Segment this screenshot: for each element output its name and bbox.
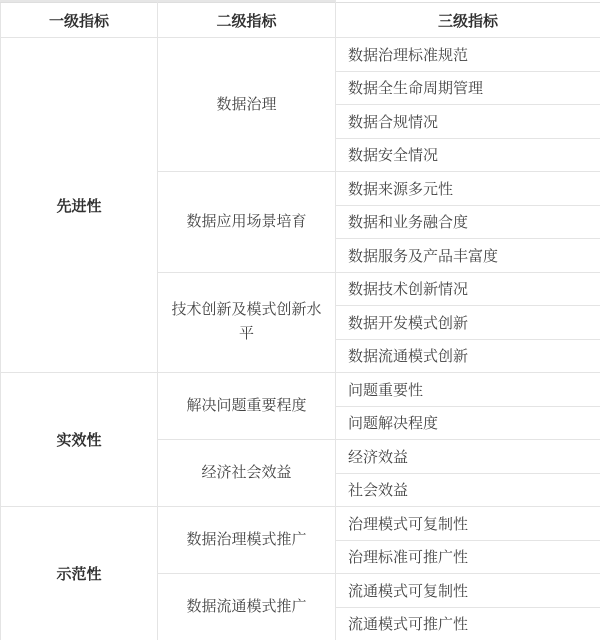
- level3-indicator-cell: 数据服务及产品丰富度: [336, 239, 600, 273]
- level3-indicator-cell: 流通模式可推广性: [336, 607, 600, 640]
- level3-indicator-cell: 治理模式可复制性: [336, 507, 600, 541]
- level2-indicator-cell: 数据治理: [158, 38, 336, 172]
- column-header-level3: 三级指标: [336, 3, 600, 38]
- page: 一级指标 二级指标 三级指标 先进性数据治理数据治理标准规范数据全生命周期管理数…: [0, 0, 600, 640]
- level3-indicator-cell: 问题重要性: [336, 373, 600, 407]
- level3-indicator-cell: 数据流通模式创新: [336, 339, 600, 373]
- level1-indicator-cell: 先进性: [1, 38, 158, 373]
- level3-indicator-cell: 流通模式可复制性: [336, 574, 600, 608]
- level3-indicator-cell: 数据合规情况: [336, 105, 600, 139]
- level3-indicator-cell: 数据开发模式创新: [336, 306, 600, 340]
- level2-indicator-cell: 经济社会效益: [158, 440, 336, 507]
- level3-indicator-cell: 数据安全情况: [336, 138, 600, 172]
- level3-indicator-cell: 问题解决程度: [336, 406, 600, 440]
- level1-indicator-cell: 实效性: [1, 373, 158, 507]
- level3-indicator-cell: 数据和业务融合度: [336, 205, 600, 239]
- table-row: 先进性数据治理数据治理标准规范: [1, 38, 600, 72]
- level2-indicator-cell: 技术创新及模式创新水平: [158, 272, 336, 373]
- bottom-border-stub: [157, 636, 158, 640]
- level3-indicator-cell: 数据技术创新情况: [336, 272, 600, 306]
- level3-indicator-cell: 社会效益: [336, 473, 600, 507]
- indicator-table: 一级指标 二级指标 三级指标 先进性数据治理数据治理标准规范数据全生命周期管理数…: [0, 2, 600, 640]
- column-header-level2: 二级指标: [158, 3, 336, 38]
- level2-indicator-cell: 解决问题重要程度: [158, 373, 336, 440]
- table-header-row: 一级指标 二级指标 三级指标: [1, 3, 600, 38]
- level2-indicator-cell: 数据流通模式推广: [158, 574, 336, 640]
- column-header-level1: 一级指标: [1, 3, 158, 38]
- bottom-border-stub: [335, 636, 336, 640]
- level3-indicator-cell: 治理标准可推广性: [336, 540, 600, 574]
- level3-indicator-cell: 数据全生命周期管理: [336, 71, 600, 105]
- indicator-table-body: 先进性数据治理数据治理标准规范数据全生命周期管理数据合规情况数据安全情况数据应用…: [1, 38, 600, 640]
- level2-indicator-cell: 数据应用场景培育: [158, 172, 336, 273]
- level3-indicator-cell: 数据来源多元性: [336, 172, 600, 206]
- level1-indicator-cell: 示范性: [1, 507, 158, 640]
- level3-indicator-cell: 经济效益: [336, 440, 600, 474]
- table-row: 示范性数据治理模式推广治理模式可复制性: [1, 507, 600, 541]
- table-row: 实效性解决问题重要程度问题重要性: [1, 373, 600, 407]
- level3-indicator-cell: 数据治理标准规范: [336, 38, 600, 72]
- level2-indicator-cell: 数据治理模式推广: [158, 507, 336, 574]
